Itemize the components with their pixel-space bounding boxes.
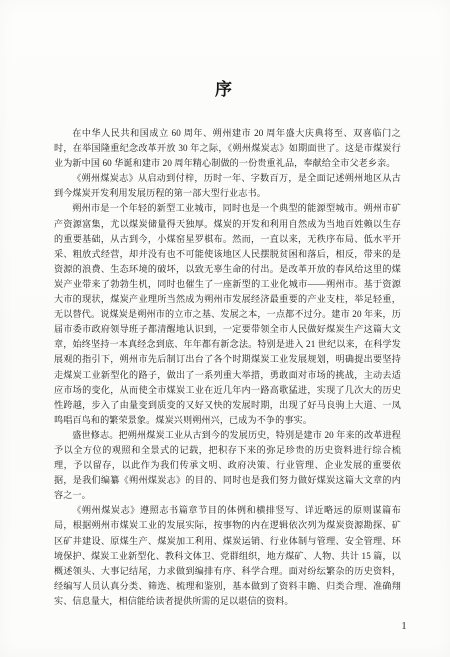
- preface-body: 在中华人民共和国成立 60 周年、朔州建市 20 周年盛大庆典将至、双喜临门之时…: [54, 126, 401, 609]
- paragraph-5: 《朔州煤炭志》遵照志书篇章节目的体例和横排竖写、详近略远的原则谋篇布局，根据朔州…: [54, 503, 401, 609]
- page-number: 1: [394, 621, 414, 632]
- book-page: 序 在中华人民共和国成立 60 周年、朔州建市 20 周年盛大庆典将至、双喜临门…: [0, 0, 450, 657]
- paragraph-3: 朔州市是一个年轻的新型工业城市，同时也是一个典型的能源型城市。朔州市矿产资源富集…: [54, 201, 401, 427]
- paragraph-2: 《朔州煤炭志》从启动到付梓，历时一年、字数百万，是全面记述朔州地区从古到今煤炭开…: [54, 171, 401, 201]
- page-title: 序: [0, 75, 450, 100]
- paragraph-1: 在中华人民共和国成立 60 周年、朔州建市 20 周年盛大庆典将至、双喜临门之时…: [54, 126, 401, 171]
- paragraph-4: 盛世修志。把朔州煤炭工业从古到今的发展历史，特别是建市 20 年来的改革进程予以…: [54, 428, 401, 503]
